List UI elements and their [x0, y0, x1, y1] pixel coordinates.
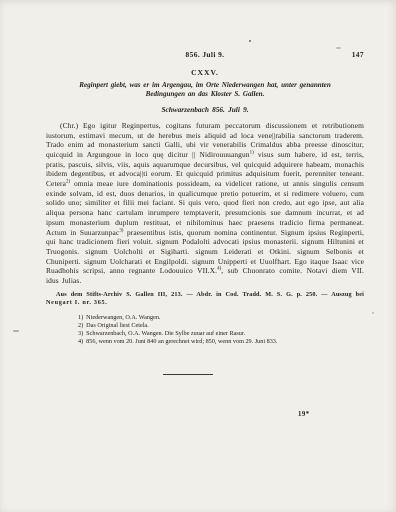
footnote-text: Niederwangen, O.A. Wangen. — [86, 314, 160, 321]
book-page: 856. Juli 9. 147 CXXV. Reginpert giebt, … — [0, 0, 396, 512]
text-block: 856. Juli 9. 147 CXXV. Reginpert giebt, … — [46, 50, 364, 347]
footnote-text: Das Original liest Cetela. — [86, 322, 149, 329]
scan-speckle — [249, 40, 251, 42]
scan-speckle — [13, 330, 19, 332]
scan-speckle — [372, 312, 374, 314]
source-note-line-1: Aus dem Stifts-Archiv S. Gallen III, 213… — [46, 291, 364, 299]
footnote-number: 4) — [78, 338, 83, 346]
footnote-text: 856, wenn vom 20. Juni 840 an gerechnet … — [86, 338, 277, 345]
charter-text: (Chr.) Ego igitur Reginpertus, cogitans … — [46, 121, 364, 286]
footnote-number: 3) — [78, 330, 83, 338]
regest-line-1: Reginpert giebt, was er im Argengau, im … — [46, 81, 364, 90]
page-number: 147 — [352, 50, 364, 59]
footnote-4: 4)856, wenn vom 20. Juni 840 an gerechne… — [78, 338, 364, 346]
regest-line-2: Bedingungen an das Kloster S. Gallen. — [46, 90, 364, 99]
footnotes: 1)Niederwangen, O.A. Wangen. 2)Das Origi… — [46, 314, 364, 346]
source-note: Aus dem Stifts-Archiv S. Gallen III, 213… — [46, 291, 364, 307]
running-header: 856. Juli 9. 147 — [46, 50, 364, 59]
charter-number: CXXV. — [46, 68, 364, 77]
signature-mark: 19* — [298, 411, 310, 418]
regest: Reginpert giebt, was er im Argengau, im … — [46, 81, 364, 100]
source-note-line-2: Neugart I. nr. 365. — [46, 299, 364, 307]
section-divider — [163, 374, 213, 375]
running-header-date: 856. Juli 9. — [186, 50, 225, 59]
dateline: Schwarzenbach 856. Juli 9. — [46, 105, 364, 114]
footnote-2: 2)Das Original liest Cetela. — [78, 322, 364, 330]
scan-speckle — [336, 47, 341, 49]
footnote-3: 3)Schwarzenbach, O.A. Wangen. Die Sylbe … — [78, 330, 364, 338]
footnote-number: 2) — [78, 322, 83, 330]
footnote-number: 1) — [78, 314, 83, 322]
footnote-1: 1)Niederwangen, O.A. Wangen. — [78, 314, 364, 322]
footnote-text: Schwarzenbach, O.A. Wangen. Die Sylbe zu… — [86, 330, 245, 337]
